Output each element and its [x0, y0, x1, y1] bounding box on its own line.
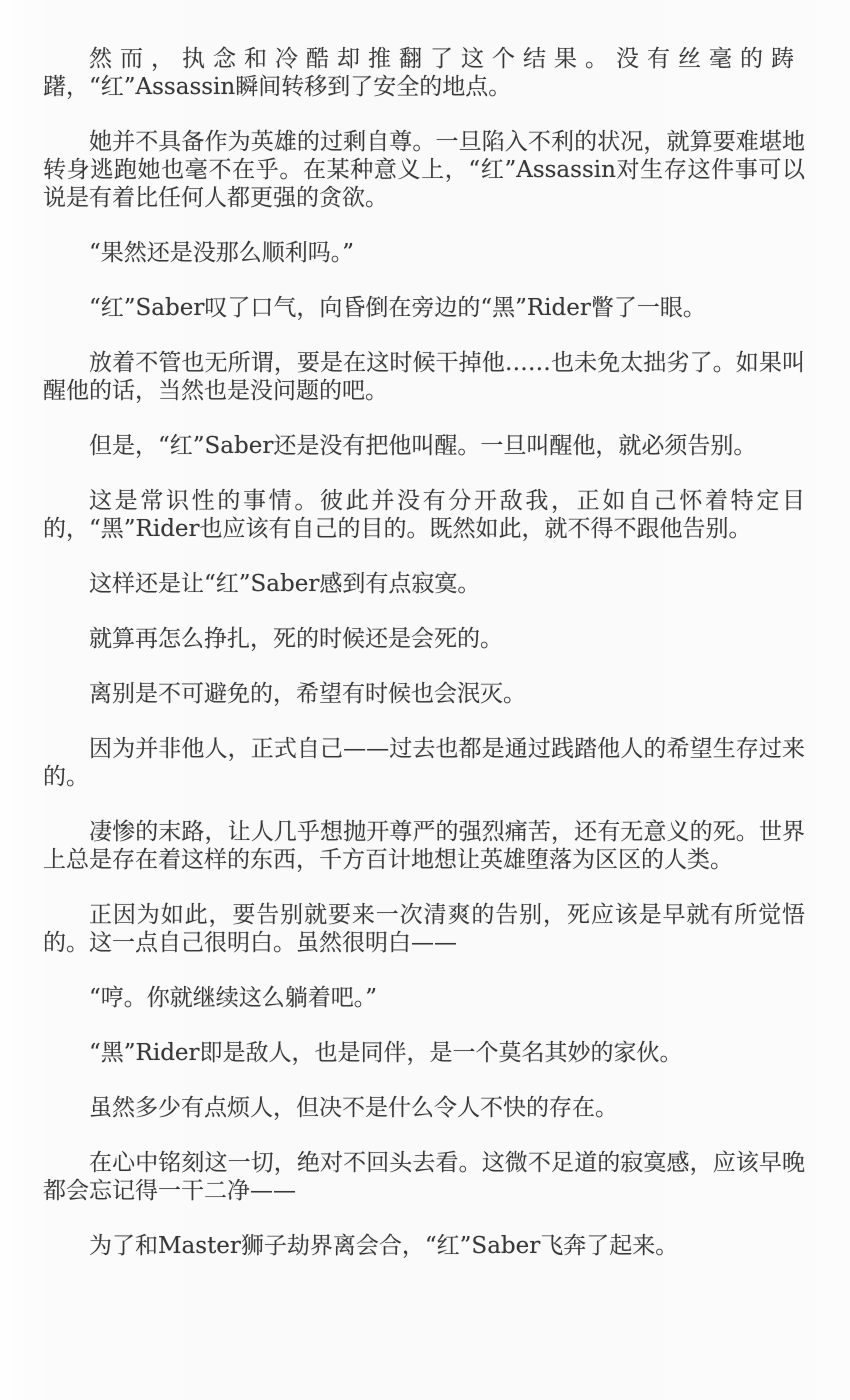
paragraph-12: 凄惨的末路，让人几乎想抛开尊严的强烈痛苦，还有无意义的死。世界上总是存在着这样的…: [43, 818, 805, 874]
paragraph-4: “红”Saber叹了口气，向昏倒在旁边的“黑”Rider瞥了一眼。: [43, 294, 805, 322]
paragraph-3: “果然还是没那么顺利吗。”: [43, 239, 805, 267]
paragraph-15: “黑”Rider即是敌人，也是同伴，是一个莫名其妙的家伙。: [43, 1039, 805, 1067]
paragraph-11: 因为并非他人，正式自己——过去也都是通过践踏他人的希望生存过来的。: [43, 735, 805, 791]
paragraph-9: 就算再怎么挣扎，死的时候还是会死的。: [43, 625, 805, 653]
paragraph-14: “哼。你就继续这么躺着吧。”: [43, 984, 805, 1012]
novel-text-block: 然而，执念和冷酷却推翻了这个结果。没有丝毫的踌 躇，“红”Assassin瞬间转…: [43, 45, 805, 1287]
paragraph-8: 这样还是让“红”Saber感到有点寂寞。: [43, 570, 805, 598]
paragraph-18: 为了和Master狮子劫界离会合，“红”Saber飞奔了起来。: [43, 1232, 805, 1260]
paragraph-6: 但是，“红”Saber还是没有把他叫醒。一旦叫醒他，就必须告别。: [43, 432, 805, 460]
paragraph-2: 她并不具备作为英雄的过剩自尊。一旦陷入不利的状况，就算要难堪地转身逃跑她也毫不在…: [43, 128, 805, 212]
paragraph-1-line-2: 躇，“红”Assassin瞬间转移到了安全的地点。: [43, 73, 805, 101]
paragraph-5: 放着不管也无所谓，要是在这时候干掉他……也未免太拙劣了。如果叫醒他的话，当然也是…: [43, 349, 805, 405]
book-page: 然而，执念和冷酷却推翻了这个结果。没有丝毫的踌 躇，“红”Assassin瞬间转…: [0, 0, 850, 1400]
paragraph-7: 这是常识性的事情。彼此并没有分开敌我，正如自己怀着特定目的，“黑”Rider也应…: [43, 487, 805, 543]
paragraph-13: 正因为如此，要告别就要来一次清爽的告别，死应该是早就有所觉悟的。这一点自己很明白…: [43, 901, 805, 957]
paragraph-1: 然而，执念和冷酷却推翻了这个结果。没有丝毫的踌 躇，“红”Assassin瞬间转…: [43, 45, 805, 101]
paragraph-16: 虽然多少有点烦人，但决不是什么令人不快的存在。: [43, 1094, 805, 1122]
paragraph-17: 在心中铭刻这一切，绝对不回头去看。这微不足道的寂寞感，应该早晚都会忘记得一干二净…: [43, 1149, 805, 1205]
paragraph-1-line-1: 然而，执念和冷酷却推翻了这个结果。没有丝毫的踌: [43, 45, 805, 73]
paragraph-10: 离别是不可避免的，希望有时候也会泯灭。: [43, 680, 805, 708]
